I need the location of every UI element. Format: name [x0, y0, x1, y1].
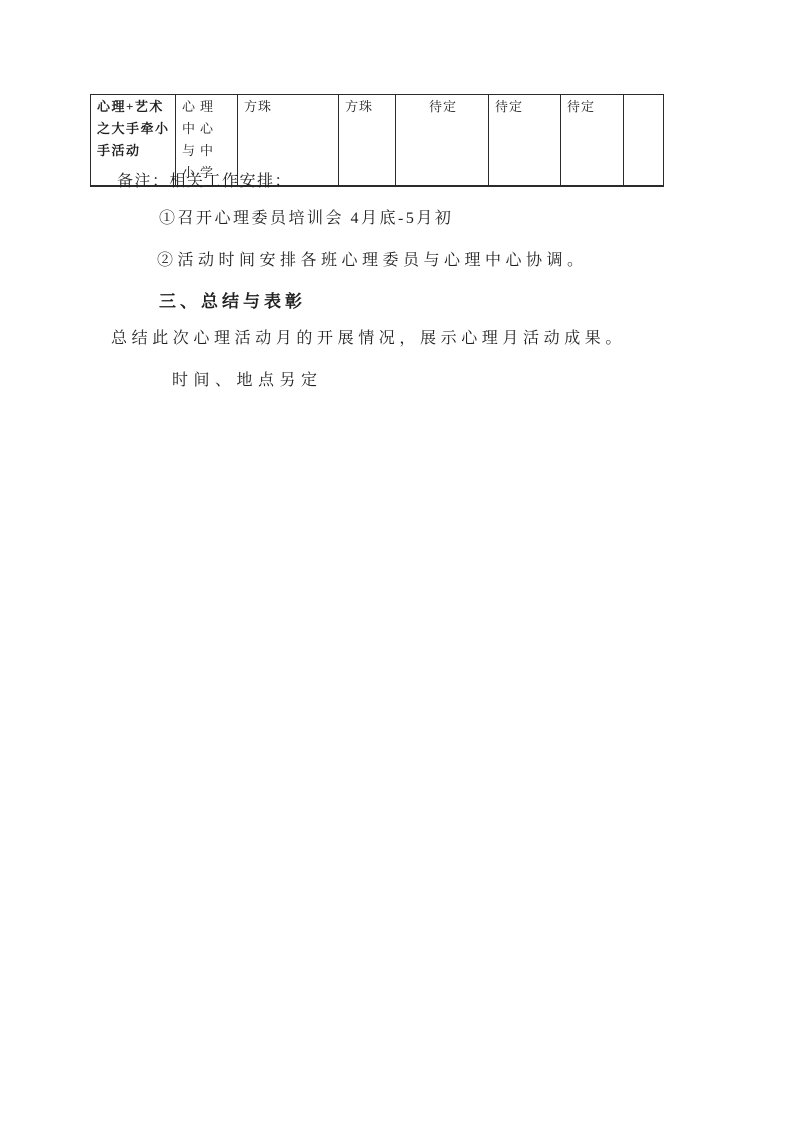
cell-status-3: 待定 — [561, 95, 624, 187]
section-heading: 三、总结与表彰 — [159, 290, 306, 314]
remark-item-1: ①召开心理委员培训会 4月底-5月初 — [159, 207, 453, 231]
cell-empty — [624, 95, 664, 187]
remark-item-2: ②活动时间安排各班心理委员与心理中心协调。 — [157, 249, 588, 273]
cell-person-2: 方珠 — [339, 95, 396, 187]
summary-line: 总结此次心理活动月的开展情况，展示心理月活动成果。 — [111, 327, 626, 351]
cell-status-1: 待定 — [396, 95, 489, 187]
remarks-line: 备注：相关工作安排： — [117, 170, 292, 194]
cell-status-2: 待定 — [489, 95, 561, 187]
document-page: 心理+艺术之大手牵小手活动 心理中心与中小学 方珠 方珠 待定 待定 待定 备注… — [0, 0, 793, 1122]
time-place-line: 时间、地点另定 — [172, 369, 323, 393]
